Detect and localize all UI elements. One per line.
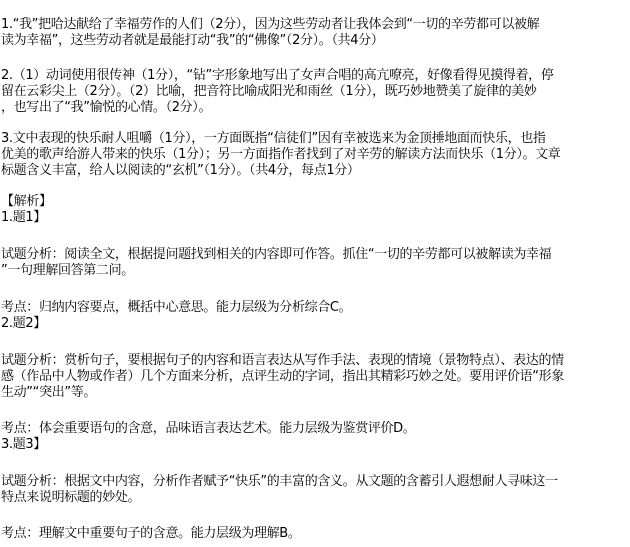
answer-2-line-1: 2.（1）动词使用很传神（1分），“钻”字形象地写出了女声合唱的高亢嘹亮，好像看… <box>1 68 553 84</box>
q1-analysis-line-1: 试题分析：阅读全文，根据提问题找到相关的内容即可作答。抓住“一切的辛劳都可以被解… <box>1 247 551 263</box>
answer-1-line-1: 1.“我”把哈达献给了幸福劳作的人们（2分），因为这些劳动者让我体会到“一切的辛… <box>1 17 539 33</box>
q3-point: 考点：理解文中重要句子的含意。能力层级为理解B。 <box>1 526 301 542</box>
q3-analysis-line-2: 特点来说明标题的妙处。 <box>1 490 140 506</box>
q1-title: 1.题1】 <box>1 210 46 226</box>
q1-analysis-line-2: ”一句理解回答第二问。 <box>1 263 134 279</box>
answer-3-line-1: 3.文中表现的快乐耐人咀嚼（1分），一方面既指“信徒们”因有幸被选来为金顶捶地面… <box>1 131 546 147</box>
analysis-header: 【解析】 <box>1 194 52 210</box>
q2-title: 2.题2】 <box>1 316 46 332</box>
q2-analysis-line-3: 生动”“突出”等。 <box>1 385 96 401</box>
answer-3-line-3: 标题含义丰富，给人以阅读的“玄机”（1分）。（共4分，每点1分） <box>1 163 360 179</box>
answer-2-line-3: ，也写出了“我”愉悦的心情。（2分）。 <box>1 100 211 116</box>
q3-analysis-line-1: 试题分析：根据文中内容，分析作者赋予“快乐”的丰富的含义。从文题的含蓄引人遐想耐… <box>1 474 558 490</box>
answer-3-line-2: 优美的歌声给游人带来的快乐（1分）；另一方面指作者找到了对辛劳的解读方法而快乐（… <box>1 147 560 163</box>
q2-analysis-line-2: 感（作品中人物或作者）几个方面来分析，点评生动的字词，指出其精彩巧妙之处。要用评… <box>1 369 564 385</box>
q2-analysis-line-1: 试题分析：赏析句子，要根据句子的内容和语言表达从写作手法、表现的情境（景物特点）… <box>1 353 564 369</box>
answer-2-line-2: 留在云彩尖上（2分）。（2）比喻，把音符比喻成阳光和雨丝（1分），既巧妙地赞美了… <box>1 84 537 100</box>
q2-point: 考点：体会重要语句的含意，品味语言表达艺术。能力层级为鉴赏评价D。 <box>1 421 415 437</box>
q3-title: 3.题3】 <box>1 437 46 453</box>
q1-point: 考点：归纳内容要点，概括中心意思。能力层级为分析综合C。 <box>1 300 351 316</box>
answer-1-line-2: 读为幸福”，这些劳动者就是最能打动“我”的“佛像”（2分）。（共4分） <box>1 33 383 49</box>
